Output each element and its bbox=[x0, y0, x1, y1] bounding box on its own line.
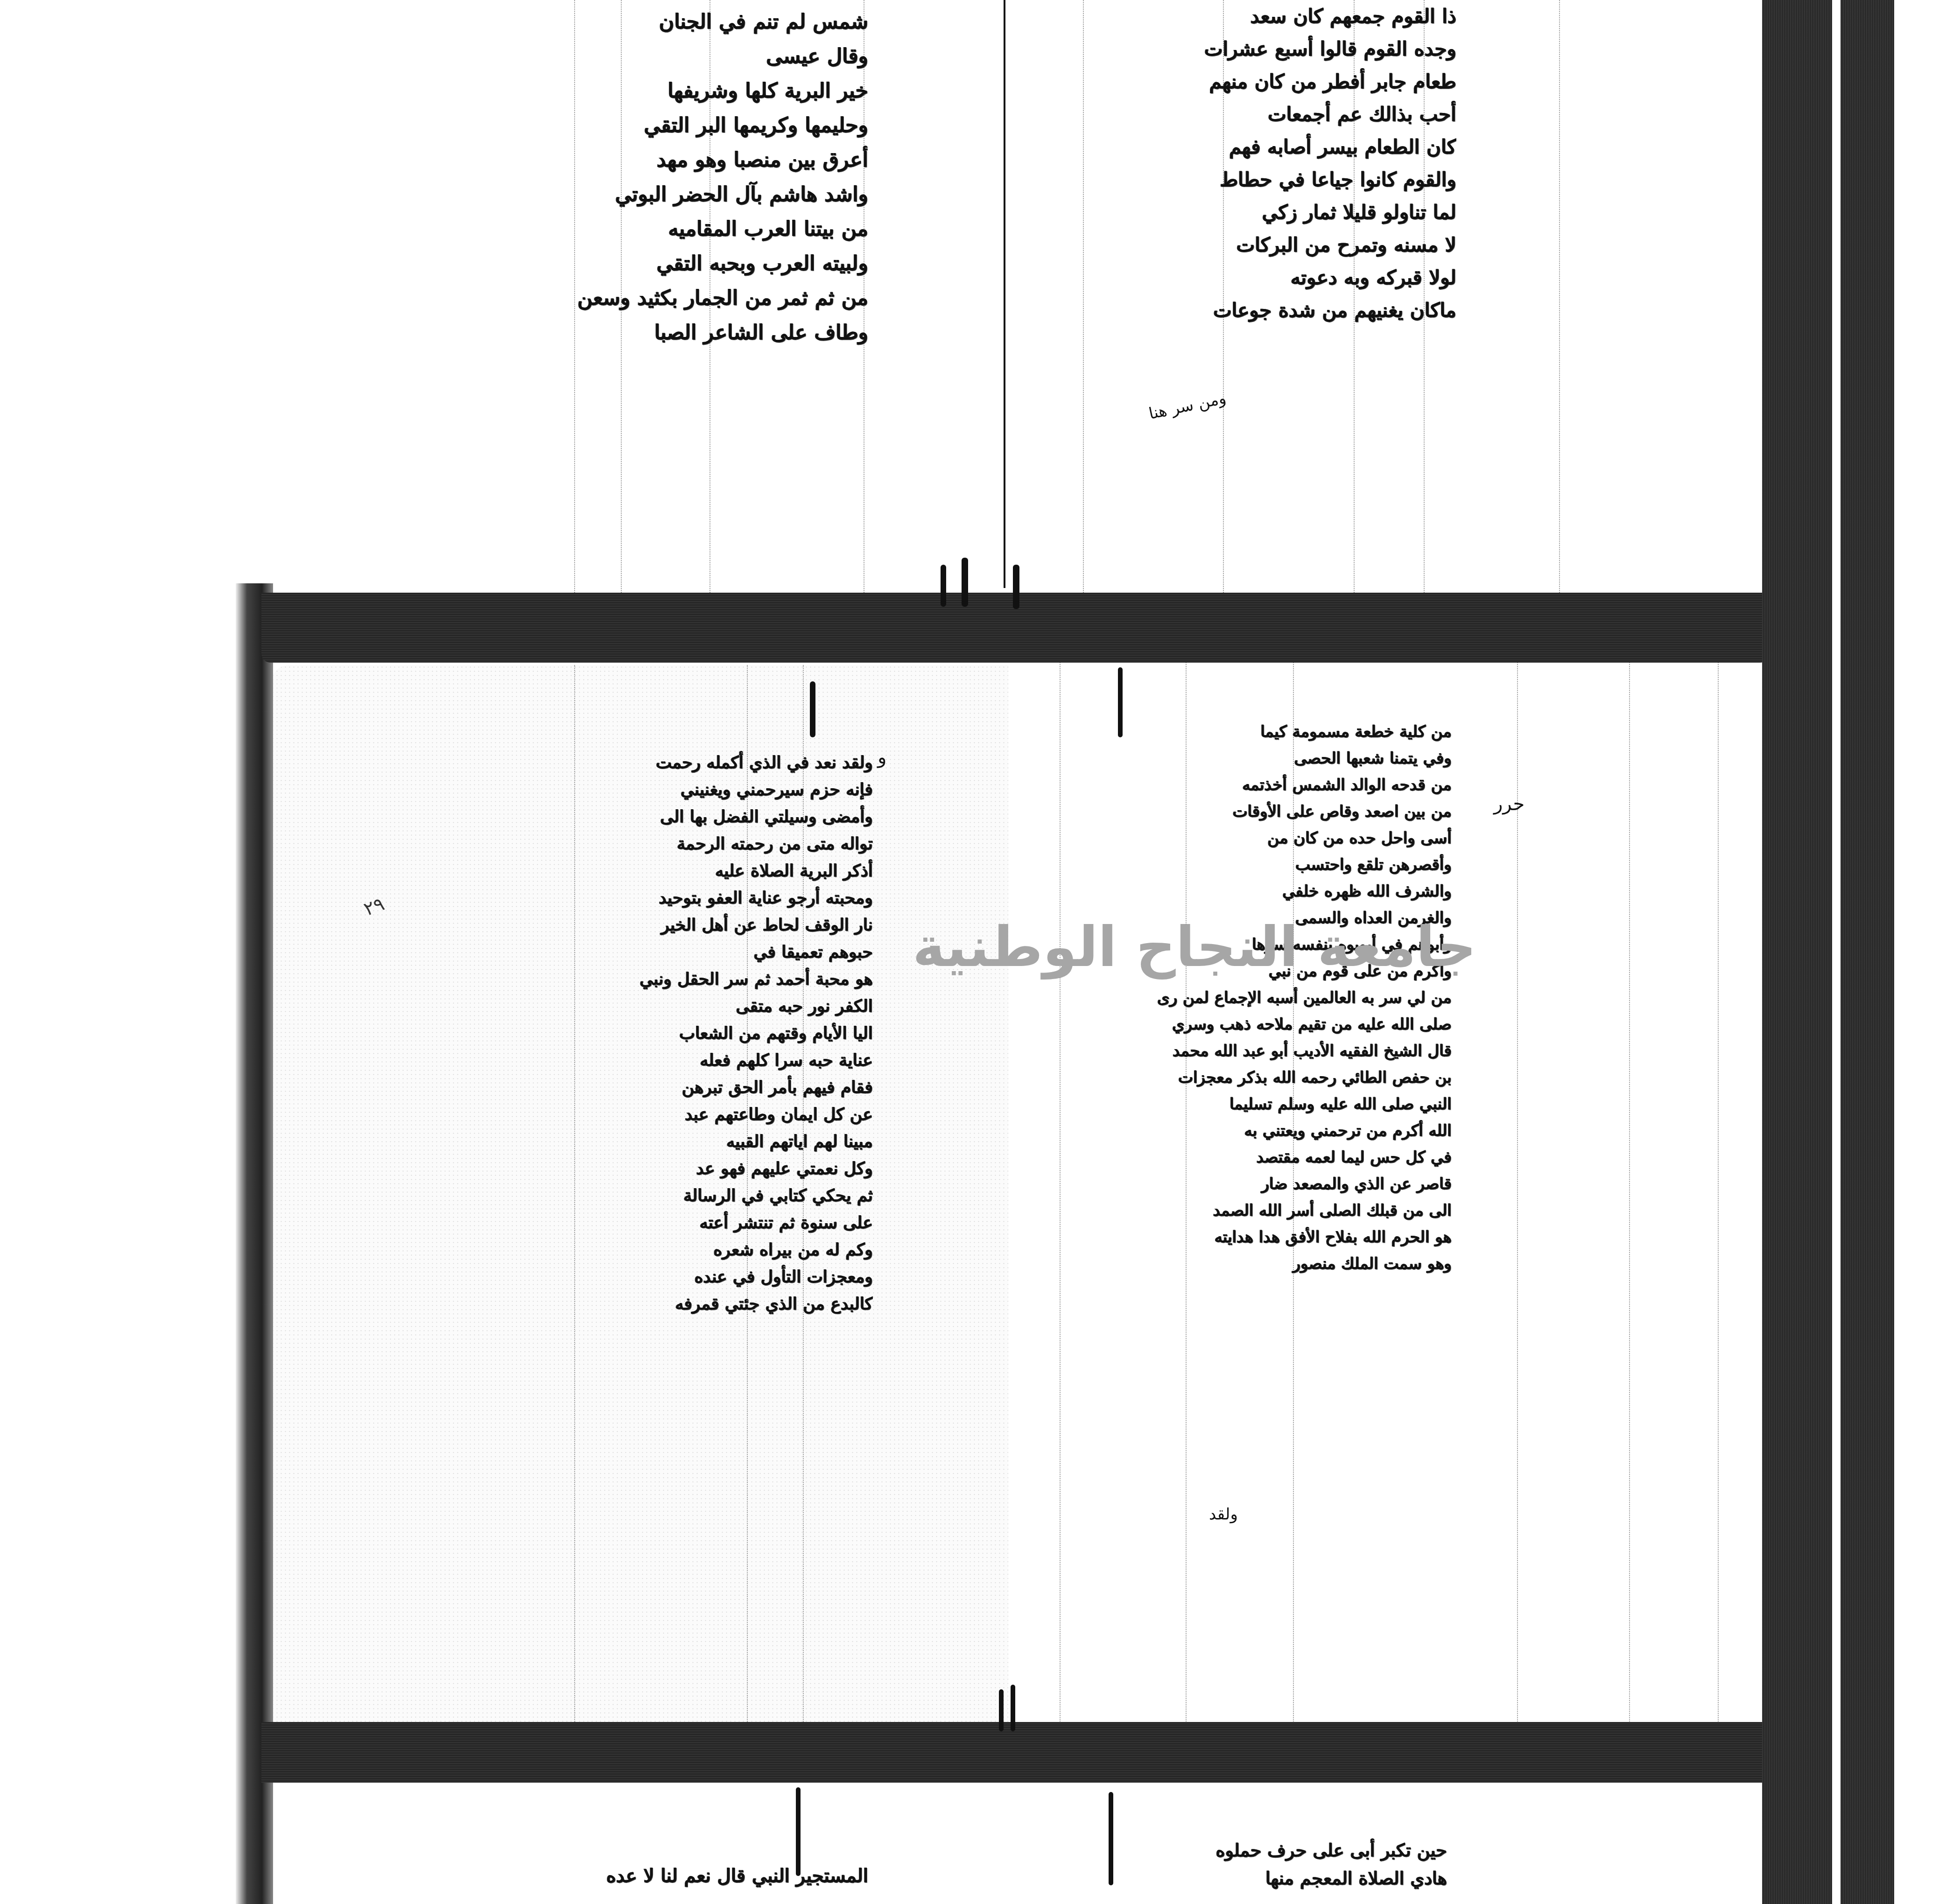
manuscript-line: وأقصرهن تلقع واحتسب bbox=[1032, 852, 1452, 878]
manuscript-line: وحليمها وكريمها البر التقي bbox=[532, 108, 868, 143]
middle-left-margin-mark: و bbox=[878, 747, 886, 768]
manuscript-line: من بيتنا العرب المقاميه bbox=[532, 212, 868, 246]
manuscript-line: ومعجزات التأول في عنده bbox=[506, 1263, 873, 1290]
separator-mark bbox=[810, 681, 815, 737]
university-watermark: جامعة النجاح الوطنية bbox=[913, 915, 1476, 979]
top-right-text: ذا القوم جمعهم كان سعد وجده القوم قالوا … bbox=[1102, 0, 1456, 327]
manuscript-line: هو محبة أحمد ثم سر الحقل ونبي bbox=[506, 966, 873, 993]
manuscript-line: من لي سر به العالمين أسبه الإجماع لمن رى bbox=[1032, 985, 1452, 1011]
manuscript-line: وكم له من بيراه شعره bbox=[506, 1236, 873, 1263]
manuscript-line: شمس لم تنم في الجنان bbox=[532, 5, 868, 39]
bottom-left-text: المستجير النبي قال نعم لنا لا عده bbox=[541, 1862, 868, 1890]
manuscript-line: النبي صلى الله عليه وسلم تسليما bbox=[1032, 1091, 1452, 1118]
manuscript-line: الكفر نور حبه متقى bbox=[506, 993, 873, 1020]
manuscript-line: على سنوة ثم تنتشر أعته bbox=[506, 1209, 873, 1236]
manuscript-line: وأمضى وسيلتي الفضل بها الى bbox=[506, 803, 873, 830]
manuscript-line: فقام فيهم بأمر الحق تبرهن bbox=[506, 1074, 873, 1101]
manuscript-line: ماكان يغنيهم من شدة جوعات bbox=[1102, 294, 1456, 327]
manuscript-line: وجده القوم قالوا أسبع عشرات bbox=[1102, 33, 1456, 65]
microfilm-scan: شمس لم تنم في الجنان وقال عيسى خير البري… bbox=[0, 0, 1953, 1904]
manuscript-line: ثم يحكي كتابي في الرسالة bbox=[506, 1182, 873, 1209]
separator-mark bbox=[1013, 565, 1019, 609]
bottom-right-text: حين تكبر أبى على حرف حملوه هادي الصلاة ا… bbox=[1088, 1836, 1447, 1892]
manuscript-line: أذكر البرية الصلاة عليه bbox=[506, 857, 873, 884]
middle-right-text: من كلية خطعة مسمومة كيما وفي يتمنا شعبها… bbox=[1032, 719, 1452, 1277]
manuscript-line: والقوم كانوا جياعا في حطاط bbox=[1102, 163, 1456, 196]
manuscript-line: نار الوقف لحاط عن أهل الخير bbox=[506, 911, 873, 938]
manuscript-line: خير البرية كلها وشريفها bbox=[532, 74, 868, 108]
manuscript-line: هو الحرم الله بفلاح الأفق هدا هدايته bbox=[1032, 1224, 1452, 1251]
manuscript-line: وكل نعمتي عليهم فهو عد bbox=[506, 1155, 873, 1182]
manuscript-line: ومحبته أرجو عناية العفو بتوحيد bbox=[506, 884, 873, 911]
manuscript-line: حين تكبر أبى على حرف حملوه bbox=[1088, 1836, 1447, 1864]
manuscript-line: من قدحه الوالد الشمس أخذتمه bbox=[1032, 772, 1452, 798]
manuscript-line: عناية حبه سرا كلهم فعله bbox=[506, 1047, 873, 1074]
film-frame-separator-bottom bbox=[261, 1722, 1769, 1783]
manuscript-line: الى من قبلك الصلى أسر الله الصمد bbox=[1032, 1197, 1452, 1224]
manuscript-line: كالبدع من الذي جئتي قمرفه bbox=[506, 1290, 873, 1317]
separator-mark bbox=[941, 565, 946, 607]
manuscript-line: والشرف الله ظهره خلفي bbox=[1032, 878, 1452, 905]
manuscript-line: تواله متى من رحمته الرحمة bbox=[506, 830, 873, 857]
manuscript-line: من كلية خطعة مسمومة كيما bbox=[1032, 719, 1452, 745]
manuscript-line: في كل حس ليما لعمه مقتصد bbox=[1032, 1144, 1452, 1171]
separator-mark bbox=[999, 1689, 1004, 1731]
top-center-spine bbox=[1004, 0, 1005, 588]
manuscript-line: صلى الله عليه من تقيم ملاحه ذهب وسري bbox=[1032, 1011, 1452, 1038]
manuscript-line: فإنه حزم سيرحمني ويغنيني bbox=[506, 776, 873, 803]
manuscript-line: كان الطعام بيسر أصابه فهم bbox=[1102, 131, 1456, 163]
manuscript-line: حبوهم تعميقا في bbox=[506, 938, 873, 966]
film-right-edge-inner bbox=[1762, 0, 1832, 1904]
manuscript-line: لولا قبركه وبه دعوته bbox=[1102, 261, 1456, 294]
manuscript-line: أحب بذالك عم أجمعات bbox=[1102, 98, 1456, 131]
manuscript-line: وفي يتمنا شعبها الحصى bbox=[1032, 745, 1452, 772]
middle-right-footer-note: ولقد bbox=[1209, 1505, 1238, 1524]
manuscript-line: وهو سمت الملك منصور bbox=[1032, 1251, 1452, 1277]
manuscript-line: لا مسنه وتمرح من البركات bbox=[1102, 229, 1456, 261]
manuscript-line: قال الشيخ الفقيه الأديب أبو عبد الله محم… bbox=[1032, 1038, 1452, 1064]
manuscript-line: الله أكرم من ترحمني ويعتني به bbox=[1032, 1118, 1452, 1144]
manuscript-line: ولبيته العرب وبحبه التقي bbox=[532, 246, 868, 281]
manuscript-line: المستجير النبي قال نعم لنا لا عده bbox=[541, 1862, 868, 1890]
manuscript-line: من ثم ثمر من الجمار بكثيد وسعن bbox=[532, 281, 868, 315]
manuscript-line: عن كل ايمان وطاعتهم عبد bbox=[506, 1101, 873, 1128]
film-left-edge bbox=[236, 583, 273, 1904]
manuscript-line: مبينا لهم اياتهم القبيه bbox=[506, 1128, 873, 1155]
manuscript-line: قاصر عن الذي والمصعد ضار bbox=[1032, 1171, 1452, 1197]
manuscript-line: وطاف على الشاعر الصبا bbox=[532, 315, 868, 350]
manuscript-line: بن حفص الطائي رحمه الله بذكر معجزات bbox=[1032, 1064, 1452, 1091]
manuscript-line: هادي الصلاة المعجم منها bbox=[1088, 1864, 1447, 1892]
manuscript-line: أعرق بين منصبا وهو مهد bbox=[532, 143, 868, 177]
separator-mark bbox=[962, 558, 968, 607]
manuscript-line: لما تناولو قليلا ثمار زكي bbox=[1102, 196, 1456, 229]
manuscript-line: واشد هاشم بآل الحضر البوتي bbox=[532, 177, 868, 212]
film-right-edge-outer bbox=[1841, 0, 1894, 1904]
middle-right-margin-mark: حرر bbox=[1494, 793, 1524, 815]
top-left-text: شمس لم تنم في الجنان وقال عيسى خير البري… bbox=[532, 5, 868, 350]
manuscript-line: ذا القوم جمعهم كان سعد bbox=[1102, 0, 1456, 33]
manuscript-line: اليا الأيام وقتهم من الشعاب bbox=[506, 1020, 873, 1047]
manuscript-line: وقال عيسى bbox=[532, 39, 868, 74]
manuscript-line: أسى واحل حده من كان من bbox=[1032, 825, 1452, 852]
manuscript-line: طعام جابر أفطر من كان منهم bbox=[1102, 65, 1456, 98]
separator-mark bbox=[1011, 1685, 1015, 1731]
manuscript-line: من بين اصعد وقاص على الأوقات bbox=[1032, 798, 1452, 825]
manuscript-line: ولقد نعد في الذي أكمله رحمت bbox=[506, 749, 873, 776]
middle-left-text: ولقد نعد في الذي أكمله رحمت فإنه حزم سير… bbox=[506, 749, 873, 1317]
